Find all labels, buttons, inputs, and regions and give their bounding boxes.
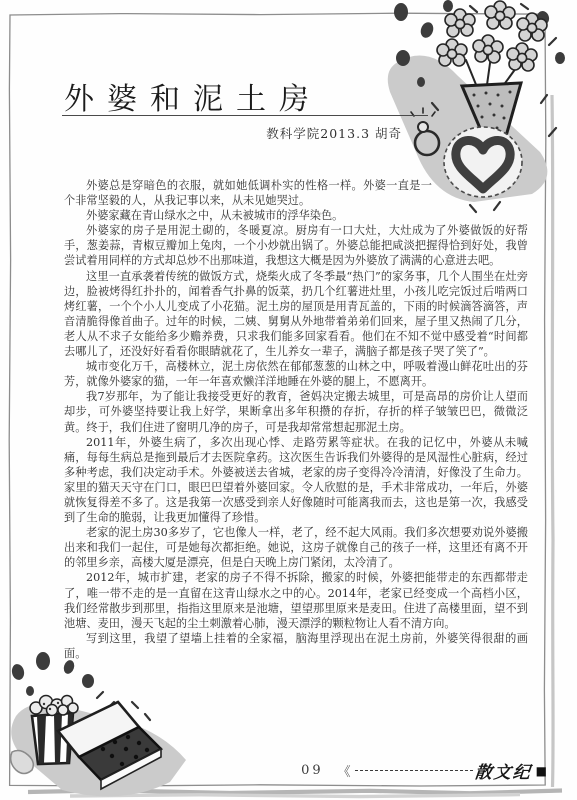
article-paragraph: 外婆家的房子是用泥土砌的，冬暖夏凉。厨房有一口大灶，大灶成为了外婆做饭的好帮手，… <box>64 223 528 268</box>
article-paragraph: 写到这里，我望了望墙上挂着的全家福，脑海里浮现出在泥土房前，外婆笑得很甜的画面。 <box>64 631 528 661</box>
sketch-shadow-blob <box>11 704 186 797</box>
bottom-shadow-stroke-2 <box>70 795 520 797</box>
article-byline: 教科学院2013.3 胡奇 <box>62 124 402 142</box>
article-paragraph: 这里一直承袭着传统的做饭方式，烧柴火成了冬季最“热门”的家务事，几个人围坐在灶旁… <box>64 269 528 360</box>
open-box <box>58 702 161 789</box>
article-paragraph: 城市变化万千，高楼林立，泥土房依然在郁郁葱葱的山林之中，呼吸着漫山鲜花吐出的芬芳… <box>64 359 528 389</box>
page-number: 09 <box>301 763 324 778</box>
magazine-page: 外婆和泥土房 教科学院2013.3 胡奇 外婆总是穿暗色的衣服，就如她低调朴实的… <box>0 0 577 800</box>
footer-dashed-line <box>355 770 473 771</box>
bottom-shadow-stroke <box>28 790 562 793</box>
page-footer: 09 《 散文纪 ■ <box>301 758 547 783</box>
article-paragraph: 2011年，外婆生病了，多次出现心悸、走路劳累等症状。在我的记忆中，外婆从未喊痛… <box>64 435 528 526</box>
ink-spots <box>394 0 565 87</box>
article-body: 外婆总是穿暗色的衣服，就如她低调朴实的性格一样。外婆一直是一个非常坚毅的人，从我… <box>64 178 528 661</box>
series-name: 散文纪 <box>473 758 533 783</box>
crumpled-paper <box>11 751 34 774</box>
flower-stems <box>466 56 519 94</box>
cone-vase <box>462 83 521 168</box>
article-paragraph: 2012年，城市扩建，老家的房子不得不拆除，搬家的时候，外婆把能带走的东西都带走… <box>64 570 528 630</box>
daisy-flowers <box>437 1 547 71</box>
popcorn-box-illustration <box>0 648 200 800</box>
illustration-text-wrap-spacer <box>432 178 528 196</box>
sketch-dashes <box>97 692 150 720</box>
right-shadow-stroke <box>552 95 553 787</box>
article-paragraph: 我7岁那年，为了能让我接受更好的教育，爸妈决定搬去城里，可是高昂的房价让人望而却… <box>64 389 528 434</box>
guillemet-mark: 《 <box>338 761 351 780</box>
title-underline <box>62 115 428 116</box>
article-paragraph: 老家的泥土房30多岁了，它也像人一样，老了，经不起大风雨。我们多次想要劝说外婆搬… <box>64 525 528 570</box>
end-square-icon: ■ <box>536 764 547 778</box>
article-paragraph: 外婆家藏在青山绿水之中，从未被城市的浮华染色。 <box>64 208 528 223</box>
popcorn-bucket <box>30 696 78 765</box>
article-title: 外婆和泥土房 <box>64 74 322 118</box>
